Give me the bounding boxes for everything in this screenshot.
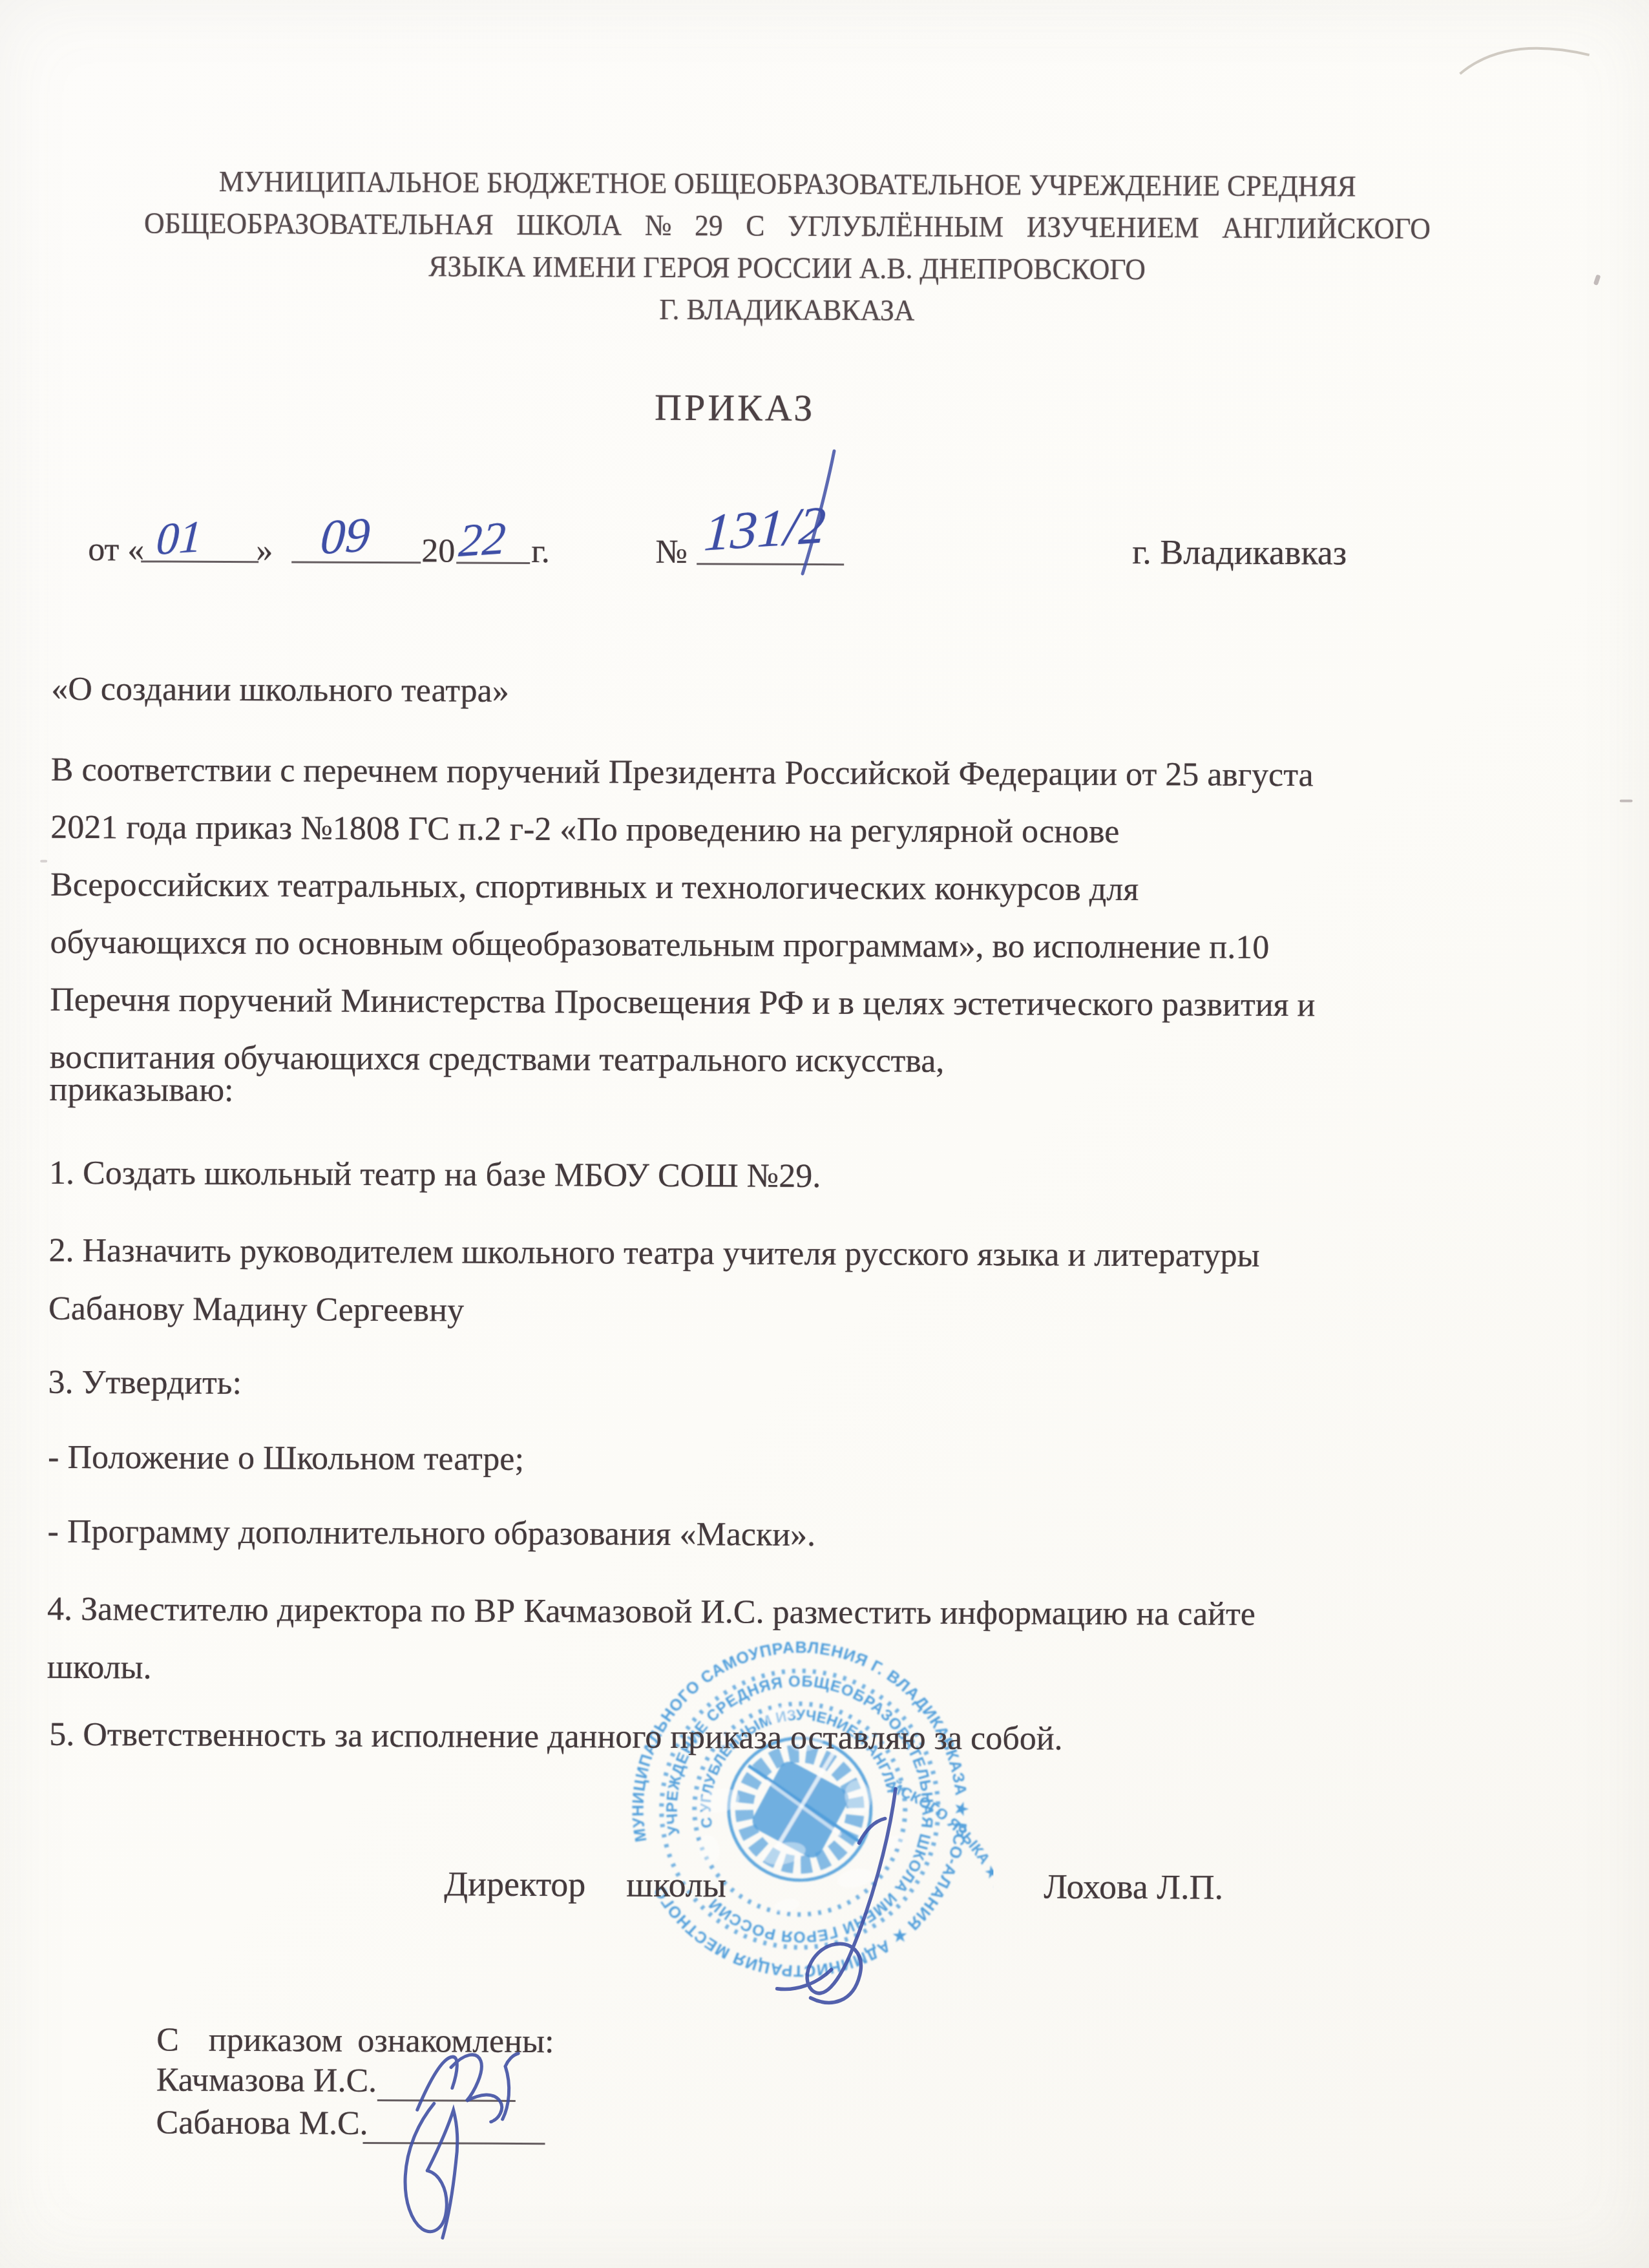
handwritten-month: 09	[319, 507, 372, 566]
org-header-line-3: ЯЗЫКА ИМЕНИ ГЕРОЯ РОССИИ А.В. ДНЕПРОВСКО…	[38, 244, 1536, 292]
order-number-sign: №	[655, 533, 688, 572]
order-item-line: школы.	[47, 1639, 1255, 1702]
order-item-3: 3. Утвердить:	[48, 1354, 242, 1412]
date-century: 20	[421, 532, 455, 571]
org-header-line-2: ОБЩЕОБРАЗОВАТЕЛЬНАЯ ШКОЛА № 29 С УГЛУБЛЁ…	[38, 202, 1536, 250]
date-year-suffix: г.	[531, 532, 550, 571]
order-item-4: 4. Заместителю директора по ВР Качмазово…	[47, 1580, 1255, 1702]
order-item-3a: - Положение о Школьном театре;	[48, 1429, 524, 1489]
scanned-order-document: МУНИЦИПАЛЬНОЕ БЮДЖЕТНОЕ ОБЩЕОБРАЗОВАТЕЛЬ…	[0, 0, 1649, 2268]
scan-speck	[1620, 799, 1633, 802]
acknowledgement-person-2: Сабанова М.С.	[156, 2104, 368, 2143]
order-item-3b: - Программу дополнительного образования …	[47, 1503, 815, 1564]
date-prefix: от «	[88, 530, 144, 569]
pencil-mark	[1453, 28, 1602, 94]
order-item-line: - Положение о Школьном театре;	[48, 1429, 524, 1489]
director-signature	[734, 1654, 955, 2016]
order-item-line: 2. Назначить руководителем школьного теа…	[48, 1222, 1259, 1285]
handwritten-day: 01	[155, 511, 204, 565]
scan-speck	[40, 860, 47, 863]
scan-speck	[1593, 275, 1601, 286]
order-item-line: 4. Заместителю директора по ВР Качмазово…	[47, 1580, 1255, 1644]
preamble-line: В соответствии с перечнем поручений През…	[51, 741, 1316, 804]
order-word: приказываю:	[49, 1071, 233, 1110]
director-name: Лохова Л.П.	[1044, 1867, 1223, 1907]
scan-content: МУНИЦИПАЛЬНОЕ БЮДЖЕТНОЕ ОБЩЕОБРАЗОВАТЕЛЬ…	[0, 0, 1649, 2268]
preamble-line: Всероссийских театральных, спортивных и …	[50, 856, 1316, 919]
ink-slash-stroke	[792, 446, 851, 582]
handwritten-year: 22	[457, 511, 507, 567]
order-item-2: 2. Назначить руководителем школьного теа…	[48, 1222, 1260, 1343]
preamble-line: обучающихся по основным общеобразователь…	[50, 914, 1315, 977]
order-subject: «О создании школьного театра»	[51, 670, 509, 711]
preamble-line: Перечня поручений Министерства Просвещен…	[50, 971, 1315, 1034]
order-item-line: 1. Создать школьный театр на базе МБОУ С…	[49, 1144, 821, 1206]
document-title: ПРИКАЗ	[0, 383, 1471, 432]
director-role-label: Директор школы	[444, 1864, 726, 1904]
preamble-line: воспитания обучающихся средствами театра…	[50, 1029, 1315, 1092]
acknowledgement-person-1: Качмазова И.С.	[156, 2061, 377, 2101]
city-label: г. Владикавказ	[1132, 532, 1347, 572]
org-header: МУНИЦИПАЛЬНОЕ БЮДЖЕТНОЕ ОБЩЕОБРАЗОВАТЕЛЬ…	[0, 159, 1576, 334]
preamble-line: 2021 года приказ №1808 ГС п.2 г-2 «По пр…	[50, 799, 1316, 862]
order-item-line: 3. Утвердить:	[48, 1354, 242, 1412]
preamble-paragraph: В соответствии с перечнем поручений През…	[50, 741, 1316, 1092]
order-item-line: Сабанову Мадину Сергеевну	[48, 1280, 1259, 1343]
org-header-line-4: Г. ВЛАДИКАВКАЗА	[38, 286, 1536, 334]
acknowledgement-signatures	[378, 2033, 547, 2267]
order-item-1: 1. Создать школьный театр на базе МБОУ С…	[49, 1144, 821, 1206]
date-close-quote: »	[256, 531, 273, 570]
org-header-line-1: МУНИЦИПАЛЬНОЕ БЮДЖЕТНОЕ ОБЩЕОБРАЗОВАТЕЛЬ…	[39, 160, 1537, 208]
order-item-line: - Программу дополнительного образования …	[47, 1503, 815, 1564]
